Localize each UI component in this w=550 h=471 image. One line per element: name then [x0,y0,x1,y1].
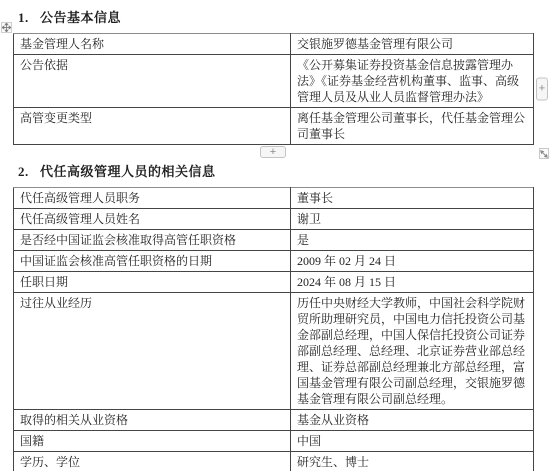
table-move-handle[interactable] [1,22,12,33]
section-2-heading: 2.代任高级管理人员的相关信息 [18,164,550,179]
field-value[interactable]: 历任中央财经大学教师，中国社会科学院财贸所助理研究员，中国电力信托投资公司基金部… [291,293,534,410]
field-value[interactable]: 离任基金管理公司董事长，代任基金管理公司董事长 [291,108,534,145]
field-label[interactable]: 国籍 [14,431,291,452]
table-row: 中国证监会核准高管任职资格的日期 2009 年 02 月 24 日 [14,251,534,272]
field-value[interactable]: 2024 年 08 月 15 日 [291,272,534,293]
field-label[interactable]: 是否经中国证监会核准取得高管任职资格 [14,230,291,251]
field-label[interactable]: 取得的相关从业资格 [14,410,291,431]
field-label[interactable]: 基金管理人名称 [14,34,291,55]
table-row: 国籍 中国 [14,431,534,452]
field-label[interactable]: 代任高级管理人员姓名 [14,209,291,230]
field-value[interactable]: 基金从业资格 [291,410,534,431]
section-1-heading: 1.公告基本信息 [18,10,550,25]
field-label[interactable]: 代任高级管理人员职务 [14,188,291,209]
field-label[interactable]: 公告依据 [14,55,291,108]
section-1-title: 公告基本信息 [40,10,121,25]
table-row: 是否经中国证监会核准取得高管任职资格 是 [14,230,534,251]
acting-manager-info-table-wrap: 代任高级管理人员职务 董事长 代任高级管理人员姓名 谢卫 是否经中国证监会核准取… [13,187,533,471]
diagonal-resize-icon [540,145,548,163]
field-label[interactable]: 高管变更类型 [14,108,291,145]
four-way-arrow-icon [2,19,11,37]
field-label[interactable]: 中国证监会核准高管任职资格的日期 [14,251,291,272]
acting-manager-info-table: 代任高级管理人员职务 董事长 代任高级管理人员姓名 谢卫 是否经中国证监会核准取… [13,187,534,471]
field-value[interactable]: 谢卫 [291,209,534,230]
field-label[interactable]: 学历、学位 [14,452,291,471]
field-value[interactable]: 研究生、博士 [291,452,534,471]
table-row: 代任高级管理人员姓名 谢卫 [14,209,534,230]
table-row: 取得的相关从业资格 基金从业资格 [14,410,534,431]
table-row: 过往从业经历 历任中央财经大学教师，中国社会科学院财贸所助理研究员，中国电力信托… [14,293,534,410]
announcement-basic-info-table: 基金管理人名称 交银施罗德基金管理有限公司 公告依据 《公开募集证券投资基金信息… [13,33,534,145]
table-row: 代任高级管理人员职务 董事长 [14,188,534,209]
table-row: 任职日期 2024 年 08 月 15 日 [14,272,534,293]
field-value[interactable]: 董事长 [291,188,534,209]
field-value[interactable]: 交银施罗德基金管理有限公司 [291,34,534,55]
field-value[interactable]: 是 [291,230,534,251]
add-column-button[interactable]: + [536,78,548,101]
field-label[interactable]: 过往从业经历 [14,293,291,410]
field-value[interactable]: 中国 [291,431,534,452]
add-row-button[interactable]: + [260,146,286,158]
section-2-number: 2. [18,164,40,179]
document-page: 1.公告基本信息 基金管理人名称 交 [0,0,550,471]
section-2-title: 代任高级管理人员的相关信息 [40,164,216,179]
field-label[interactable]: 任职日期 [14,272,291,293]
announcement-basic-info-table-wrap: 基金管理人名称 交银施罗德基金管理有限公司 公告依据 《公开募集证券投资基金信息… [13,33,533,145]
field-value[interactable]: 2009 年 02 月 24 日 [291,251,534,272]
table-row: 高管变更类型 离任基金管理公司董事长，代任基金管理公司董事长 [14,108,534,145]
table-row: 学历、学位 研究生、博士 [14,452,534,471]
table-resize-handle[interactable] [539,148,549,159]
table-row: 基金管理人名称 交银施罗德基金管理有限公司 [14,34,534,55]
field-value[interactable]: 《公开募集证券投资基金信息披露管理办法》《证券基金经营机构董事、监事、高级管理人… [291,55,534,108]
section-1-number: 1. [18,10,40,25]
table-row: 公告依据 《公开募集证券投资基金信息披露管理办法》《证券基金经营机构董事、监事、… [14,55,534,108]
